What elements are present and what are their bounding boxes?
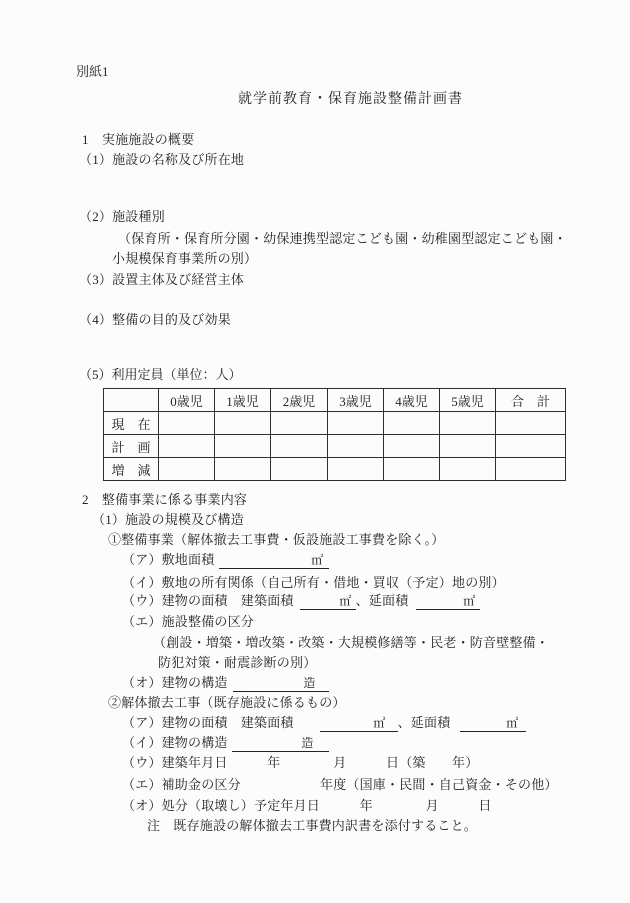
section2-sub1-item-o: （オ）建物の構造造 [122, 673, 329, 693]
section2-sub2-item-o: （オ）処分（取壊し）予定年月日 年 月 日 [122, 796, 492, 816]
capacity-cell [328, 412, 384, 435]
text-run: 防犯対策・耐震診断の別） [158, 655, 316, 670]
section1-item2: （2）施設種別 [79, 207, 165, 227]
blank-underline-field: ㎡ [219, 552, 329, 569]
capacity-col-header: 2歳児 [271, 389, 328, 412]
blank-underline-field: 造 [233, 675, 329, 692]
page-title: 就学前教育・保育施設整備計画書 [238, 90, 463, 110]
section2-sub1-item-e: （エ）施設整備の区分 [122, 612, 254, 632]
text-run: （エ）施設整備の区分 [122, 614, 254, 629]
blank-underline-field: ㎡ [300, 593, 356, 610]
capacity-cell [271, 412, 328, 435]
capacity-cell [215, 412, 271, 435]
capacity-cell [159, 412, 215, 435]
section2-heading: 2 整備事業に係る事業内容 [82, 490, 247, 510]
capacity-cell [384, 412, 440, 435]
text-run: （1）施設の名称及び所在地 [79, 152, 244, 167]
text-run: ②解体撤去工事（既存施設に係るもの） [108, 695, 346, 710]
capacity-cell [271, 435, 328, 458]
capacity-data-row: 現 在 [104, 412, 566, 435]
capacity-col-header: 0歳児 [159, 389, 215, 412]
capacity-cell [440, 435, 496, 458]
section1-heading: 1 実施施設の概要 [82, 130, 194, 150]
blank-underline-field: ㎡ [460, 715, 526, 732]
section2-sub1-item-e-note-line1: （創設・増築・増改築・改築・大規模修繕等・民老・防音壁整備・ [153, 633, 549, 653]
text-run: 注 既存施設の解体撤去工事費内訳書を添付すること。 [147, 818, 477, 833]
capacity-data-row: 計 画 [104, 435, 566, 458]
section1-item4: （4）整備の目的及び効果 [79, 310, 231, 330]
section2-sub1-heading: ①整備事業（解体撤去工事費・仮設施設工事費を除く。） [108, 530, 444, 550]
unit-label: 造 [301, 736, 328, 751]
section2-note: 注 既存施設の解体撤去工事費内訳書を添付すること。 [147, 816, 477, 836]
section2-sub2-item-u: （ウ）建築年月日 年 月 日（築 年） [122, 753, 478, 773]
unit-label: ㎡ [373, 716, 397, 731]
text-run: （オ）処分（取壊し）予定年月日 年 月 日 [122, 798, 492, 813]
text-run: （イ）敷地の所有関係（自己所有・借地・買収（予定）地の別） [122, 575, 505, 590]
text-run: （4）整備の目的及び効果 [79, 312, 231, 327]
capacity-col-header: 4歳児 [384, 389, 440, 412]
capacity-header-row: 0歳児1歳児2歳児3歳児4歳児5歳児合 計 [104, 389, 566, 412]
text-run: （保育所・保育所分園・幼保連携型認定こども園・幼稚園型認定こども園・ [118, 231, 567, 246]
text-run: 1 実施施設の概要 [82, 132, 194, 147]
capacity-cell [496, 458, 566, 481]
capacity-cell [159, 435, 215, 458]
capacity-row-label: 現 在 [104, 412, 159, 435]
document-page: 別紙1 就学前教育・保育施設整備計画書 （5）利用定員（単位：人） 0歳児1歳児… [0, 0, 630, 903]
text-run: （ウ）建築年月日 年 月 日（築 年） [122, 755, 478, 770]
section1-item1: （1）施設の名称及び所在地 [79, 150, 244, 170]
capacity-table-caption: （5）利用定員（単位：人） [79, 365, 242, 385]
section2-sub2-heading: ②解体撤去工事（既存施設に係るもの） [108, 693, 346, 713]
text-run: （1）施設の規模及び構造 [92, 512, 244, 527]
capacity-cell [496, 435, 566, 458]
blank-underline-field: ㎡ [416, 593, 480, 610]
capacity-cell [271, 458, 328, 481]
attachment-label: 別紙1 [76, 62, 109, 82]
unit-label: 造 [303, 676, 328, 691]
capacity-col-header: 合 計 [496, 389, 566, 412]
text-run: 、延面積 [356, 593, 409, 608]
blank-underline-field: 造 [232, 735, 329, 752]
capacity-cell [328, 435, 384, 458]
capacity-table-body: 0歳児1歳児2歳児3歳児4歳児5歳児合 計現 在計 画増 減 [104, 389, 566, 481]
section1-item3: （3）設置主体及び経営主体 [79, 270, 244, 290]
capacity-cell [215, 458, 271, 481]
text-run: （ア）敷地面積 [122, 552, 214, 567]
capacity-data-row: 増 減 [104, 458, 566, 481]
capacity-cell [384, 435, 440, 458]
capacity-col-header: 3歳児 [328, 389, 384, 412]
section1-item2-note-line2: 小規模保育事業所の別） [112, 249, 257, 269]
capacity-table: 0歳児1歳児2歳児3歳児4歳児5歳児合 計現 在計 画増 減 [103, 388, 566, 481]
blank-underline-field: ㎡ [320, 715, 398, 732]
section2-sub1-item-u: （ウ）建物の面積 建築面積㎡、延面積㎡ [122, 591, 480, 611]
capacity-cell [440, 458, 496, 481]
section2-sub1-item-e-note-line2: 防犯対策・耐震診断の別） [158, 653, 316, 673]
unit-label: ㎡ [311, 553, 329, 568]
capacity-row-label: 増 減 [104, 458, 159, 481]
capacity-corner-cell [104, 389, 159, 412]
text-run: （3）設置主体及び経営主体 [79, 272, 244, 287]
capacity-cell [215, 435, 271, 458]
capacity-cell [384, 458, 440, 481]
capacity-col-header: 5歳児 [440, 389, 496, 412]
unit-label: ㎡ [463, 594, 480, 609]
text-run: （イ）建物の構造 [122, 735, 228, 750]
capacity-cell [159, 458, 215, 481]
capacity-col-header: 1歳児 [215, 389, 271, 412]
text-run: 、延面積 [398, 715, 451, 730]
text-run: （エ）補助金の区分 年度（国庫・民間・自己資金・その他） [122, 777, 558, 792]
section1-item2-note-line1: （保育所・保育所分園・幼保連携型認定こども園・幼稚園型認定こども園・ [118, 229, 567, 249]
section2-sub2-item-i: （イ）建物の構造造 [122, 733, 329, 753]
section2-item1: （1）施設の規模及び構造 [92, 510, 244, 530]
section2-sub2-item-a: （ア）建物の面積 建築面積㎡、延面積㎡ [122, 713, 526, 733]
unit-label: ㎡ [339, 594, 355, 609]
capacity-row-label: 計 画 [104, 435, 159, 458]
section2-sub1-item-i: （イ）敷地の所有関係（自己所有・借地・買収（予定）地の別） [122, 573, 505, 593]
text-run: 小規模保育事業所の別） [112, 251, 257, 266]
text-run: （創設・増築・増改築・改築・大規模修繕等・民老・防音壁整備・ [153, 635, 549, 650]
text-run: （ウ）建物の面積 建築面積 [122, 593, 294, 608]
unit-label: ㎡ [506, 716, 526, 731]
section2-sub1-item-a: （ア）敷地面積㎡ [122, 550, 329, 570]
capacity-cell [496, 412, 566, 435]
text-run: （2）施設種別 [79, 209, 165, 224]
text-run: ①整備事業（解体撤去工事費・仮設施設工事費を除く。） [108, 532, 444, 547]
text-run: 2 整備事業に係る事業内容 [82, 492, 247, 507]
section2-sub2-item-e: （エ）補助金の区分 年度（国庫・民間・自己資金・その他） [122, 775, 558, 795]
text-run: （ア）建物の面積 建築面積 [122, 715, 294, 730]
capacity-cell [440, 412, 496, 435]
text-run: （オ）建物の構造 [122, 675, 228, 690]
capacity-cell [328, 458, 384, 481]
